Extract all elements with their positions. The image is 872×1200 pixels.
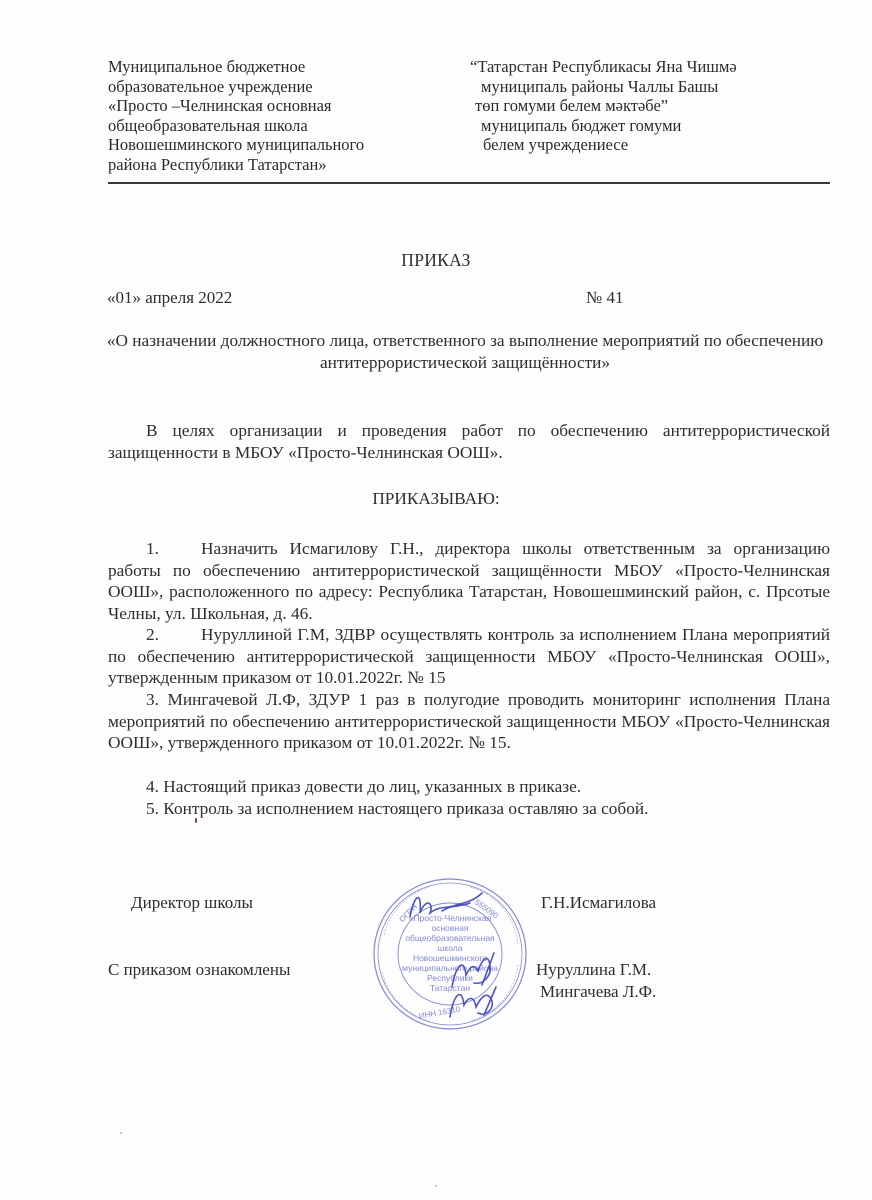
item-text: Нуруллиной Г.М, ЗДВР осуществлять контро… xyxy=(108,625,830,687)
header-right-line: муниципаль бюджет гомуми xyxy=(481,116,737,136)
header-left-line: образовательное учреждение xyxy=(108,77,364,97)
header-left-line: района Республики Татарстан» xyxy=(108,155,364,175)
header-left-line: общеобразовательная школа xyxy=(108,116,364,136)
header-right-line: муниципаль районы Чаллы Башы xyxy=(481,77,737,97)
scan-speck xyxy=(195,818,197,823)
svg-text:Татарстан: Татарстан xyxy=(430,983,470,993)
header-left-line: Муниципальное бюджетное xyxy=(108,57,364,77)
director-name: Г.Н.Исмагилова xyxy=(541,893,656,913)
item-text: Мингачевой Л.Ф, ЗДУР 1 раз в полугодие п… xyxy=(108,690,830,752)
item-text: Контроль за исполнением настоящего прика… xyxy=(163,799,648,818)
scan-speck xyxy=(435,1185,437,1187)
svg-text:муниципального района: муниципального района xyxy=(402,963,498,973)
order-item-3: 3. Мингачевой Л.Ф, ЗДУР 1 раз в полугоди… xyxy=(108,689,830,754)
item-text: Настоящий приказ довести до лиц, указанн… xyxy=(163,777,581,796)
svg-text:основная: основная xyxy=(432,923,469,933)
svg-text:«Просто-Челнинская: «Просто-Челнинская xyxy=(409,913,492,923)
order-date: «01» апреля 2022 xyxy=(107,288,232,308)
svg-text:Новошешминского: Новошешминского xyxy=(413,953,487,963)
item-number: 5. xyxy=(146,799,159,818)
header-divider xyxy=(108,182,830,184)
item-number: 4. xyxy=(146,777,159,796)
header-right-line: белем учреждениесе xyxy=(483,135,737,155)
svg-text:ИНН 16310: ИНН 16310 xyxy=(418,1004,461,1020)
order-subject: «О назначении должностного лица, ответст… xyxy=(100,330,830,374)
item-number: 2. xyxy=(146,624,201,646)
header-right-line: төп гомуми белем мәктәбе” xyxy=(475,96,737,116)
scan-speck xyxy=(120,1132,122,1134)
intro-paragraph: В целях организации и проведения работ п… xyxy=(108,420,830,463)
header-right-org-name-tt: “Татарстан Республикасы Яна Чишмә муници… xyxy=(470,57,737,155)
document-title: ПРИКАЗ xyxy=(0,250,872,271)
document-page: Муниципальное бюджетное образовательное … xyxy=(0,0,872,1200)
official-stamp-icon: «Просто-Челнинская основная общеобразова… xyxy=(370,875,530,1033)
acquainted-label: С приказом ознакомлены xyxy=(108,960,290,980)
header-left-line: Новошешминского муниципального xyxy=(108,135,364,155)
item-number: 3. xyxy=(146,690,159,709)
director-label: Директор школы xyxy=(131,893,253,913)
order-number: № 41 xyxy=(586,288,623,308)
header-left-line: «Просто –Челнинская основная xyxy=(108,96,364,116)
order-item-1: 1.Назначить Исмагилову Г.Н., директора ш… xyxy=(108,538,830,624)
svg-text:общеобразовательная: общеобразовательная xyxy=(405,933,495,943)
order-item-5: 5. Контроль за исполнением настоящего пр… xyxy=(108,798,830,820)
header-right-line: “Татарстан Республикасы Яна Чишмә xyxy=(470,57,737,77)
acquainted-name-2: Мингачева Л.Ф. xyxy=(540,982,656,1002)
item-text: Назначить Исмагилову Г.Н., директора шко… xyxy=(108,539,830,623)
svg-text:школа: школа xyxy=(438,943,463,953)
order-item-2: 2.Нуруллиной Г.М, ЗДВР осуществлять конт… xyxy=(108,624,830,689)
acquainted-name-1: Нуруллина Г.М. xyxy=(536,960,651,980)
item-number: 1. xyxy=(146,538,201,560)
order-directive-heading: ПРИКАЗЫВАЮ: xyxy=(0,489,872,509)
order-item-4: 4. Настоящий приказ довести до лиц, указ… xyxy=(108,776,830,798)
header-left-org-name-ru: Муниципальное бюджетное образовательное … xyxy=(108,57,364,174)
